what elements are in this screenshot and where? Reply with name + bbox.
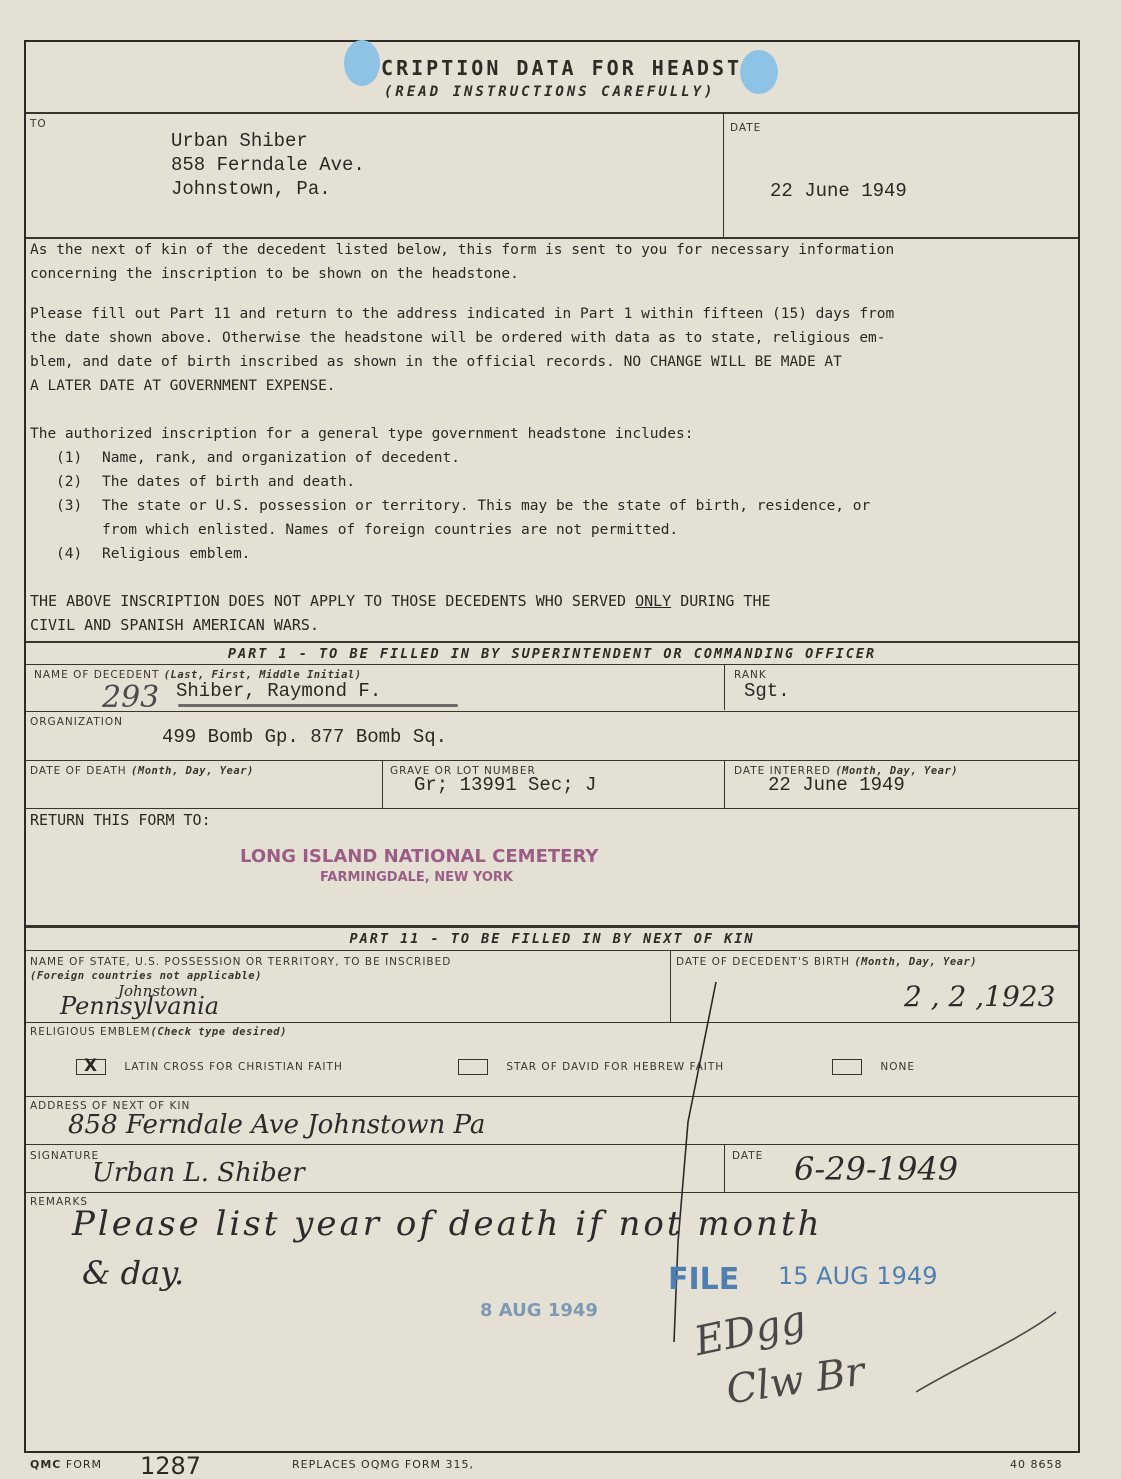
emblem-option-latin-cross[interactable]: LATIN CROSS FOR CHRISTIAN FAITH [76, 1059, 343, 1075]
divider [26, 925, 1078, 928]
divider [26, 950, 1078, 951]
form-title: SCRIPTION DATA FOR HEADSTO [366, 56, 757, 80]
rank-value: Sgt. [744, 680, 790, 702]
divider [26, 1022, 1078, 1023]
part2-heading: PART 11 - TO BE FILLED IN BY NEXT OF KIN [26, 931, 1078, 947]
divider [26, 664, 1078, 665]
date-interred-value: 22 June 1949 [768, 774, 905, 796]
signature-date-label: DATE [732, 1150, 763, 1162]
grave-number-value: Gr; 13991 Sec; J [414, 774, 596, 796]
divider [26, 760, 1078, 761]
return-address-stamp-line2: FARMINGDALE, NEW YORK [320, 870, 513, 885]
divider [724, 664, 725, 710]
form-number: 1287 [140, 1452, 201, 1479]
divider [724, 760, 725, 808]
star-of-david-checkbox[interactable] [458, 1059, 488, 1075]
file-stamp-date: 15 AUG 1949 [778, 1262, 937, 1290]
divider [723, 114, 724, 238]
state-hint: (Foreign countries not applicable) [30, 970, 262, 982]
organization-label: ORGANIZATION [30, 716, 123, 728]
emblem-option-none[interactable]: NONE [832, 1059, 915, 1075]
religious-emblem-label: RELIGIOUS EMBLEM(Check type desired) [30, 1026, 287, 1038]
punch-hole-left [344, 40, 380, 86]
divider [26, 711, 1078, 712]
signature-date-value: 6-29-1949 [794, 1150, 958, 1188]
form-id: QMC FORM [30, 1458, 102, 1471]
addressee-city: Johnstown, Pa. [171, 178, 331, 200]
return-address-stamp-line1: LONG ISLAND NATIONAL CEMETERY [240, 846, 598, 867]
print-code: 40 8658 [1010, 1458, 1063, 1471]
name-strike-line [178, 704, 458, 707]
remarks-line2: & day. [82, 1254, 184, 1292]
form-subtitle: (READ INSTRUCTIONS CAREFULLY) [384, 84, 715, 100]
signature-flourish [906, 1302, 1066, 1402]
signature-label: SIGNATURE [30, 1150, 99, 1162]
addressee-street: 858 Ferndale Ave. [171, 154, 365, 176]
birth-date-label: DATE OF DECEDENT'S BIRTH (Month, Day, Ye… [676, 956, 977, 968]
initials-signature-2: Clw Br [723, 1349, 867, 1414]
name-annotation: 293 [102, 680, 159, 715]
none-checkbox[interactable] [832, 1059, 862, 1075]
part1-heading: PART 1 - TO BE FILLED IN BY SUPERINTENDE… [26, 646, 1078, 662]
signature-value: Urban L. Shiber [92, 1158, 305, 1188]
address-value: 858 Ferndale Ave Johnstown Pa [68, 1110, 485, 1140]
authorized-inscription-list: The authorized inscription for a general… [30, 422, 870, 566]
fill-out-paragraph: Please fill out Part 11 and return to th… [30, 302, 894, 398]
decedent-name: Shiber, Raymond F. [176, 680, 381, 702]
headstone-inscription-form: SCRIPTION DATA FOR HEADSTO (READ INSTRUC… [24, 40, 1080, 1453]
sent-date: 22 June 1949 [770, 180, 907, 202]
latin-cross-checkbox[interactable] [76, 1059, 106, 1075]
birth-date-value: 2 , 2 ,1923 [904, 980, 1055, 1013]
divider [26, 641, 1078, 643]
state-label: NAME OF STATE, U.S. POSSESSION OR TERRIT… [30, 956, 451, 968]
divider [26, 112, 1078, 114]
divider [26, 1096, 1078, 1097]
file-stamp-word: FILE [668, 1262, 739, 1297]
replaces-note: REPLACES OQMG FORM 315, [292, 1458, 474, 1471]
divider [26, 1192, 1078, 1193]
intro-paragraph: As the next of kin of the decedent liste… [30, 238, 894, 286]
divider [26, 1144, 1078, 1145]
civil-war-notice: THE ABOVE INSCRIPTION DOES NOT APPLY TO … [30, 589, 771, 637]
to-label: TO [30, 118, 47, 130]
punch-hole-right [740, 50, 778, 94]
addressee-name: Urban Shiber [171, 130, 308, 152]
date-of-death-label: DATE OF DEATH (Month, Day, Year) [30, 765, 254, 777]
received-date-stamp: 8 AUG 1949 [480, 1300, 598, 1321]
return-label: RETURN THIS FORM TO: [30, 808, 211, 832]
divider [382, 760, 383, 808]
organization-value: 499 Bomb Gp. 877 Bomb Sq. [162, 726, 447, 748]
state-value: Pennsylvania [60, 992, 219, 1020]
date-label: DATE [730, 122, 761, 134]
